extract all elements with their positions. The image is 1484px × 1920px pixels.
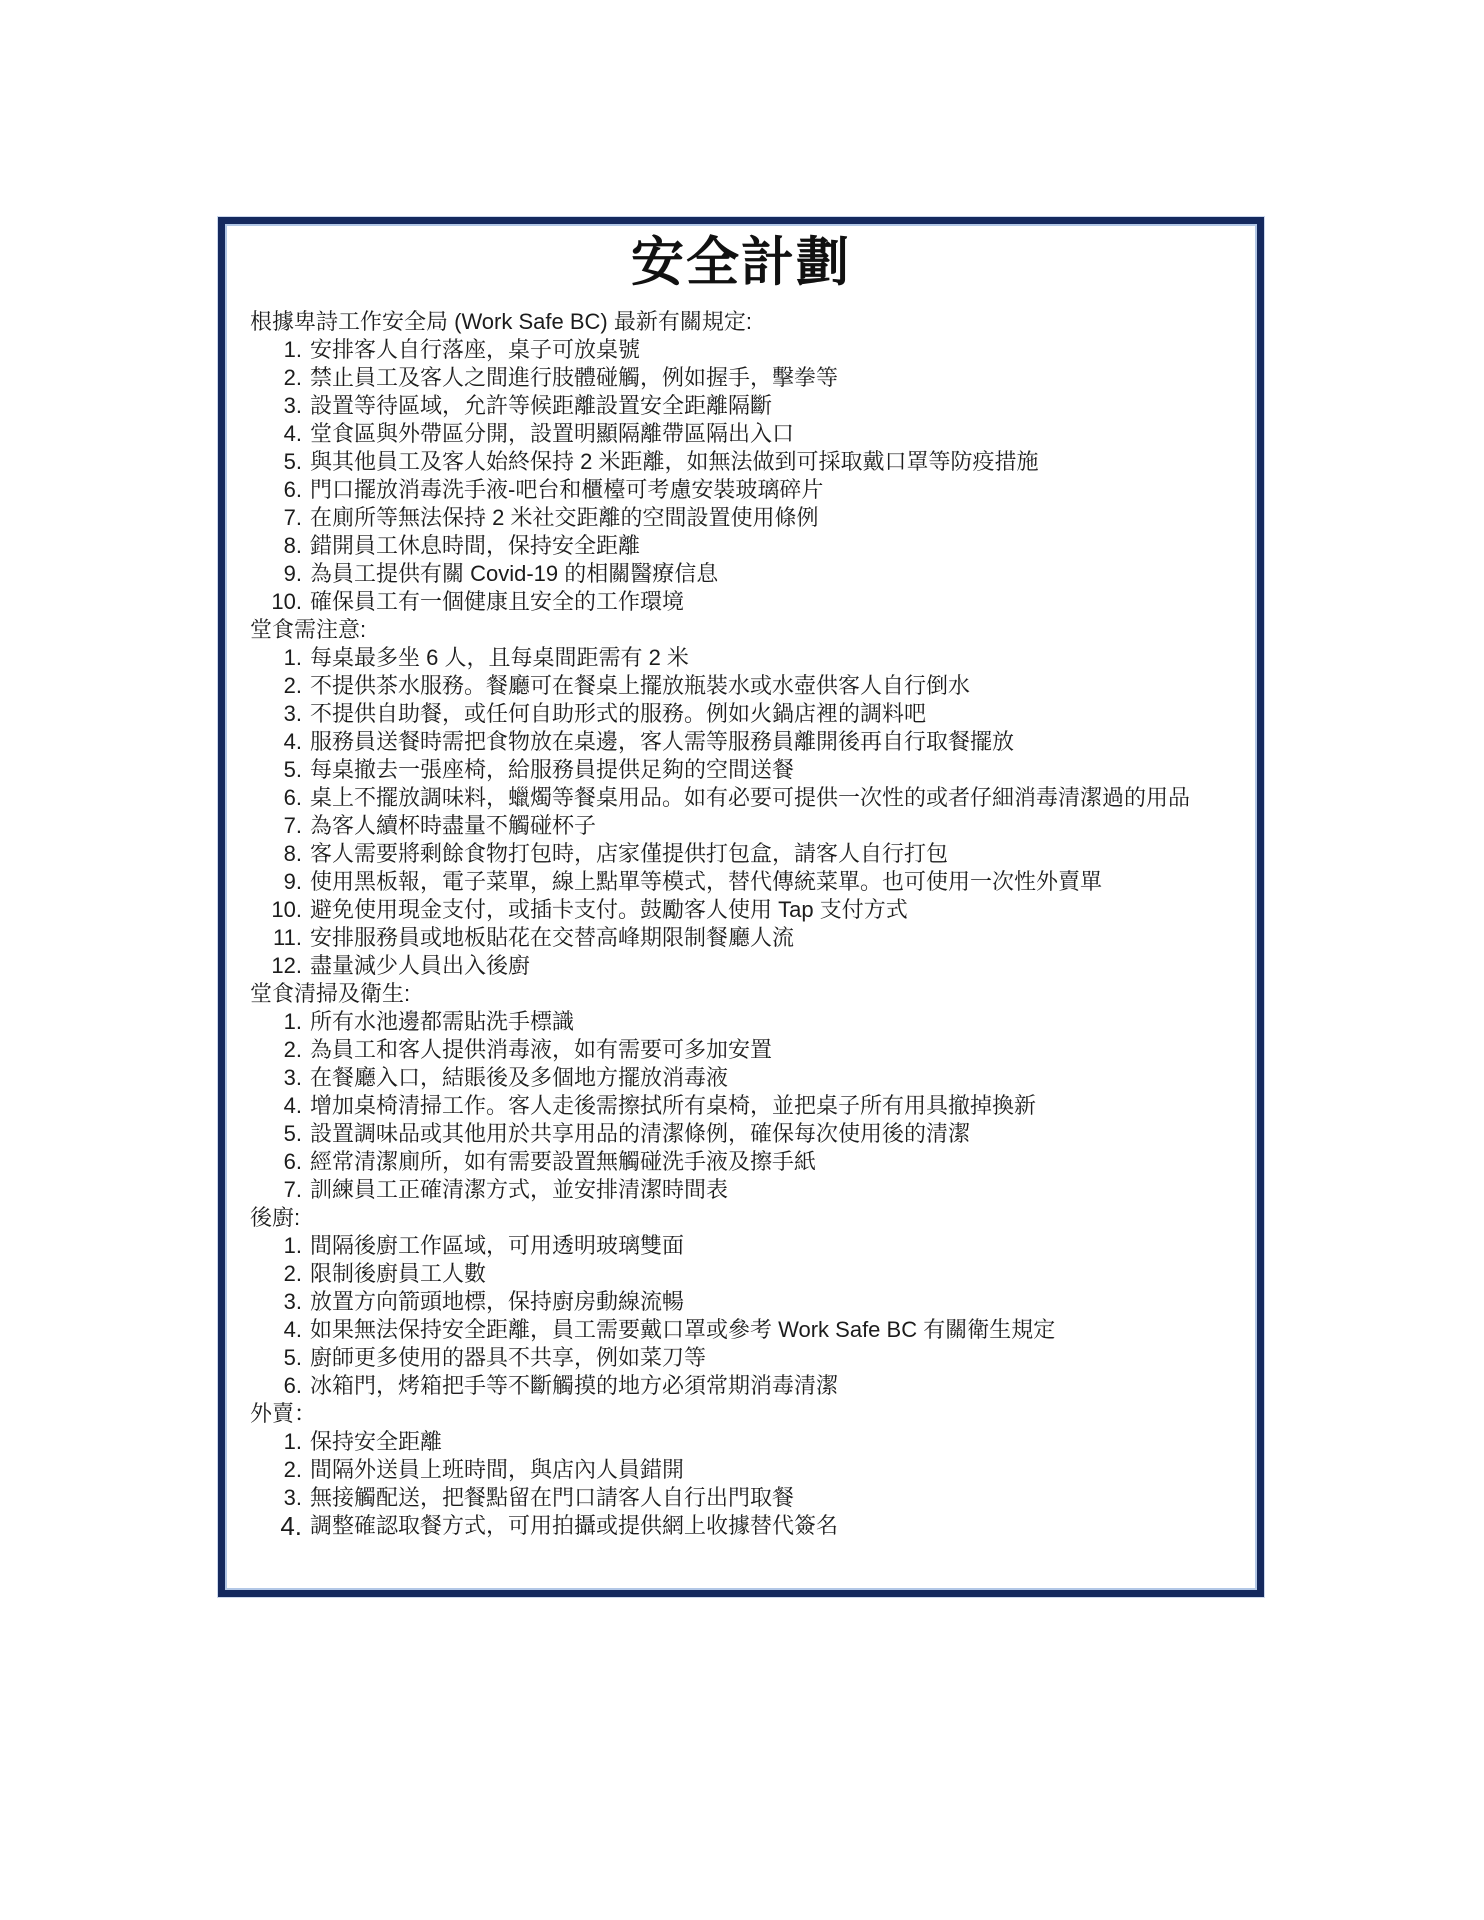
list-item-number: 3. <box>250 392 302 420</box>
list-item: 3.不提供自助餐，或任何自助形式的服務。例如火鍋店裡的調料吧 <box>250 700 1240 728</box>
document-page: 安全計劃 根據卑詩工作安全局 (Work Safe BC) 最新有關規定: 1.… <box>0 0 1484 1920</box>
section-heading: 根據卑詩工作安全局 (Work Safe BC) 最新有關規定: <box>250 308 1240 336</box>
list-item: 9.使用黑板報，電子菜單，線上點單等模式，替代傳統菜單。也可使用一次性外賣單 <box>250 868 1240 896</box>
list-item-number: 6. <box>250 1148 302 1176</box>
list-item-number: 1. <box>250 1008 302 1036</box>
list-item: 2.間隔外送員上班時間，與店內人員錯開 <box>250 1456 1240 1484</box>
list-item-text: 使用黑板報，電子菜單，線上點單等模式，替代傳統菜單。也可使用一次性外賣單 <box>310 868 1102 896</box>
list-item: 3.放置方向箭頭地標，保持廚房動線流暢 <box>250 1288 1240 1316</box>
section-heading: 外賣： <box>250 1400 1240 1428</box>
list-item: 6.門口擺放消毒洗手液-吧台和櫃檯可考慮安裝玻璃碎片 <box>250 476 1240 504</box>
list-item-text: 冰箱門，烤箱把手等不斷觸摸的地方必須常期消毒清潔 <box>310 1372 838 1400</box>
list-item-number: 10. <box>250 896 302 924</box>
list-item: 4.堂食區與外帶區分開，設置明顯隔離帶區隔出入口 <box>250 420 1240 448</box>
list-item-number: 4. <box>250 1512 302 1540</box>
section-heading: 堂食需注意: <box>250 616 1240 644</box>
list-item-text: 設置等待區域，允許等候距離設置安全距離隔斷 <box>310 392 772 420</box>
list-item: 7.在廁所等無法保持 2 米社交距離的空間設置使用條例 <box>250 504 1240 532</box>
section-dine-in-notes: 堂食需注意: 1.每桌最多坐 6 人，且每桌間距需有 2 米2.不提供茶水服務。… <box>250 616 1240 980</box>
list-item-text: 不提供茶水服務。餐廳可在餐桌上擺放瓶裝水或水壺供客人自行倒水 <box>310 672 970 700</box>
list-item: 4.調整確認取餐方式，可用拍攝或提供網上收據替代簽名 <box>250 1512 1240 1540</box>
list-item-text: 錯開員工休息時間，保持安全距離 <box>310 532 640 560</box>
list-item-text: 每桌最多坐 6 人，且每桌間距需有 2 米 <box>310 644 689 672</box>
list-item-number: 5. <box>250 448 302 476</box>
section-back-kitchen: 後廚: 1.間隔後廚工作區域，可用透明玻璃雙面2.限制後廚員工人數3.放置方向箭… <box>250 1204 1240 1400</box>
list-item: 2.不提供茶水服務。餐廳可在餐桌上擺放瓶裝水或水壺供客人自行倒水 <box>250 672 1240 700</box>
list-item: 4.如果無法保持安全距離，員工需要戴口罩或參考 Work Safe BC 有關衛… <box>250 1316 1240 1344</box>
list-item-number: 3. <box>250 1288 302 1316</box>
list-item: 3.在餐廳入口，結賬後及多個地方擺放消毒液 <box>250 1064 1240 1092</box>
numbered-list: 1.每桌最多坐 6 人，且每桌間距需有 2 米2.不提供茶水服務。餐廳可在餐桌上… <box>250 644 1240 980</box>
list-item: 5.與其他員工及客人始終保持 2 米距離，如無法做到可採取戴口罩等防疫措施 <box>250 448 1240 476</box>
list-item: 4.增加桌椅清掃工作。客人走後需擦拭所有桌椅，並把桌子所有用具撤掉換新 <box>250 1092 1240 1120</box>
list-item: 7.訓練員工正確清潔方式，並安排清潔時間表 <box>250 1176 1240 1204</box>
list-item-text: 與其他員工及客人始終保持 2 米距離，如無法做到可採取戴口罩等防疫措施 <box>310 448 1038 476</box>
numbered-list: 1.安排客人自行落座，桌子可放桌號2.禁止員工及客人之間進行肢體碰觸，例如握手，… <box>250 336 1240 616</box>
list-item-text: 盡量減少人員出入後廚 <box>310 952 530 980</box>
list-item-text: 為員工提供有關 Covid-19 的相關醫療信息 <box>310 560 718 588</box>
list-item: 5.每桌撤去一張座椅，給服務員提供足夠的空間送餐 <box>250 756 1240 784</box>
list-item-number: 11. <box>250 924 302 952</box>
list-item: 1.保持安全距離 <box>250 1428 1240 1456</box>
list-item-number: 7. <box>250 1176 302 1204</box>
list-item-text: 間隔外送員上班時間，與店內人員錯開 <box>310 1456 684 1484</box>
list-item-number: 8. <box>250 840 302 868</box>
list-item-text: 間隔後廚工作區域，可用透明玻璃雙面 <box>310 1232 684 1260</box>
list-item-number: 8. <box>250 532 302 560</box>
list-item: 6.經常清潔廁所，如有需要設置無觸碰洗手液及擦手紙 <box>250 1148 1240 1176</box>
list-item-number: 4. <box>250 1316 302 1344</box>
list-item-text: 經常清潔廁所，如有需要設置無觸碰洗手液及擦手紙 <box>310 1148 816 1176</box>
list-item: 1.每桌最多坐 6 人，且每桌間距需有 2 米 <box>250 644 1240 672</box>
list-item-text: 確保員工有一個健康且安全的工作環境 <box>310 588 684 616</box>
list-item-text: 安排服務員或地板貼花在交替高峰期限制餐廳人流 <box>310 924 794 952</box>
list-item: 6.冰箱門，烤箱把手等不斷觸摸的地方必須常期消毒清潔 <box>250 1372 1240 1400</box>
list-item-text: 無接觸配送，把餐點留在門口請客人自行出門取餐 <box>310 1484 794 1512</box>
list-item-text: 增加桌椅清掃工作。客人走後需擦拭所有桌椅，並把桌子所有用具撤掉換新 <box>310 1092 1036 1120</box>
list-item: 3.設置等待區域，允許等候距離設置安全距離隔斷 <box>250 392 1240 420</box>
list-item-text: 客人需要將剩餘食物打包時，店家僅提供打包盒，請客人自行打包 <box>310 840 948 868</box>
document-body: 根據卑詩工作安全局 (Work Safe BC) 最新有關規定: 1.安排客人自… <box>250 308 1240 1540</box>
list-item-text: 桌上不擺放調味料，蠟燭等餐桌用品。如有必要可提供一次性的或者仔細消毒清潔過的用品 <box>310 784 1190 812</box>
numbered-list: 1.所有水池邊都需貼洗手標識2.為員工和客人提供消毒液，如有需要可多加安置3.在… <box>250 1008 1240 1204</box>
list-item-text: 如果無法保持安全距離，員工需要戴口罩或參考 Work Safe BC 有關衛生規… <box>310 1316 1055 1344</box>
list-item-text: 放置方向箭頭地標，保持廚房動線流暢 <box>310 1288 684 1316</box>
list-item: 2.禁止員工及客人之間進行肢體碰觸，例如握手，擊拳等 <box>250 364 1240 392</box>
list-item-number: 1. <box>250 1232 302 1260</box>
list-item-text: 為員工和客人提供消毒液，如有需要可多加安置 <box>310 1036 772 1064</box>
section-heading: 後廚: <box>250 1204 1240 1232</box>
list-item: 8.客人需要將剩餘食物打包時，店家僅提供打包盒，請客人自行打包 <box>250 840 1240 868</box>
list-item-text: 門口擺放消毒洗手液-吧台和櫃檯可考慮安裝玻璃碎片 <box>310 476 823 504</box>
list-item-number: 1. <box>250 1428 302 1456</box>
list-item-number: 2. <box>250 1260 302 1288</box>
list-item-number: 6. <box>250 784 302 812</box>
list-item: 2.限制後廚員工人數 <box>250 1260 1240 1288</box>
list-item-number: 5. <box>250 756 302 784</box>
list-item-number: 1. <box>250 336 302 364</box>
list-item-text: 設置調味品或其他用於共享用品的清潔條例，確保每次使用後的清潔 <box>310 1120 970 1148</box>
list-item-number: 10. <box>250 588 302 616</box>
list-item-text: 限制後廚員工人數 <box>310 1260 486 1288</box>
list-item-number: 4. <box>250 420 302 448</box>
list-item-number: 3. <box>250 1064 302 1092</box>
list-item: 11.安排服務員或地板貼花在交替高峰期限制餐廳人流 <box>250 924 1240 952</box>
list-item: 9.為員工提供有關 Covid-19 的相關醫療信息 <box>250 560 1240 588</box>
list-item-text: 訓練員工正確清潔方式，並安排清潔時間表 <box>310 1176 728 1204</box>
list-item-number: 4. <box>250 728 302 756</box>
list-item-number: 7. <box>250 812 302 840</box>
list-item-text: 廚師更多使用的器具不共享，例如菜刀等 <box>310 1344 706 1372</box>
document-title: 安全計劃 <box>218 232 1264 294</box>
list-item-text: 在廁所等無法保持 2 米社交距離的空間設置使用條例 <box>310 504 818 532</box>
list-item: 10.避免使用現金支付，或插卡支付。鼓勵客人使用 Tap 支付方式 <box>250 896 1240 924</box>
list-item: 7.為客人續杯時盡量不觸碰杯子 <box>250 812 1240 840</box>
list-item: 2.為員工和客人提供消毒液，如有需要可多加安置 <box>250 1036 1240 1064</box>
list-item: 1.間隔後廚工作區域，可用透明玻璃雙面 <box>250 1232 1240 1260</box>
list-item-number: 3. <box>250 700 302 728</box>
list-item-text: 調整確認取餐方式，可用拍攝或提供網上收據替代簽名 <box>310 1512 838 1540</box>
list-item-number: 2. <box>250 1036 302 1064</box>
list-item-text: 保持安全距離 <box>310 1428 442 1456</box>
numbered-list: 1.保持安全距離2.間隔外送員上班時間，與店內人員錯開3.無接觸配送，把餐點留在… <box>250 1428 1240 1540</box>
list-item: 3.無接觸配送，把餐點留在門口請客人自行出門取餐 <box>250 1484 1240 1512</box>
list-item: 10.確保員工有一個健康且安全的工作環境 <box>250 588 1240 616</box>
list-item-text: 為客人續杯時盡量不觸碰杯子 <box>310 812 596 840</box>
section-worksafe-regulations: 根據卑詩工作安全局 (Work Safe BC) 最新有關規定: 1.安排客人自… <box>250 308 1240 616</box>
list-item-number: 2. <box>250 364 302 392</box>
list-item-number: 5. <box>250 1120 302 1148</box>
numbered-list: 1.間隔後廚工作區域，可用透明玻璃雙面2.限制後廚員工人數3.放置方向箭頭地標，… <box>250 1232 1240 1400</box>
list-item: 5.設置調味品或其他用於共享用品的清潔條例，確保每次使用後的清潔 <box>250 1120 1240 1148</box>
section-dine-in-cleaning-hygiene: 堂食清掃及衛生: 1.所有水池邊都需貼洗手標識2.為員工和客人提供消毒液，如有需… <box>250 980 1240 1204</box>
list-item: 12.盡量減少人員出入後廚 <box>250 952 1240 980</box>
list-item-number: 5. <box>250 1344 302 1372</box>
list-item-text: 不提供自助餐，或任何自助形式的服務。例如火鍋店裡的調料吧 <box>310 700 926 728</box>
list-item-number: 7. <box>250 504 302 532</box>
list-item: 8.錯開員工休息時間，保持安全距離 <box>250 532 1240 560</box>
list-item-number: 6. <box>250 1372 302 1400</box>
list-item-number: 6. <box>250 476 302 504</box>
list-item-text: 堂食區與外帶區分開，設置明顯隔離帶區隔出入口 <box>310 420 794 448</box>
list-item-number: 3. <box>250 1484 302 1512</box>
list-item-number: 12. <box>250 952 302 980</box>
list-item-number: 9. <box>250 560 302 588</box>
list-item-text: 安排客人自行落座，桌子可放桌號 <box>310 336 640 364</box>
list-item-text: 所有水池邊都需貼洗手標識 <box>310 1008 574 1036</box>
list-item-text: 服務員送餐時需把食物放在桌邊，客人需等服務員離開後再自行取餐擺放 <box>310 728 1014 756</box>
list-item-text: 在餐廳入口，結賬後及多個地方擺放消毒液 <box>310 1064 728 1092</box>
list-item-number: 2. <box>250 1456 302 1484</box>
list-item: 1.安排客人自行落座，桌子可放桌號 <box>250 336 1240 364</box>
list-item-text: 每桌撤去一張座椅，給服務員提供足夠的空間送餐 <box>310 756 794 784</box>
list-item-number: 2. <box>250 672 302 700</box>
list-item-number: 9. <box>250 868 302 896</box>
list-item-number: 1. <box>250 644 302 672</box>
list-item: 1.所有水池邊都需貼洗手標識 <box>250 1008 1240 1036</box>
list-item-text: 禁止員工及客人之間進行肢體碰觸，例如握手，擊拳等 <box>310 364 838 392</box>
list-item-text: 避免使用現金支付，或插卡支付。鼓勵客人使用 Tap 支付方式 <box>310 896 908 924</box>
list-item-number: 4. <box>250 1092 302 1120</box>
section-heading: 堂食清掃及衛生: <box>250 980 1240 1008</box>
list-item: 4.服務員送餐時需把食物放在桌邊，客人需等服務員離開後再自行取餐擺放 <box>250 728 1240 756</box>
section-takeout: 外賣： 1.保持安全距離2.間隔外送員上班時間，與店內人員錯開3.無接觸配送，把… <box>250 1400 1240 1540</box>
list-item: 5.廚師更多使用的器具不共享，例如菜刀等 <box>250 1344 1240 1372</box>
list-item: 6.桌上不擺放調味料，蠟燭等餐桌用品。如有必要可提供一次性的或者仔細消毒清潔過的… <box>250 784 1240 812</box>
